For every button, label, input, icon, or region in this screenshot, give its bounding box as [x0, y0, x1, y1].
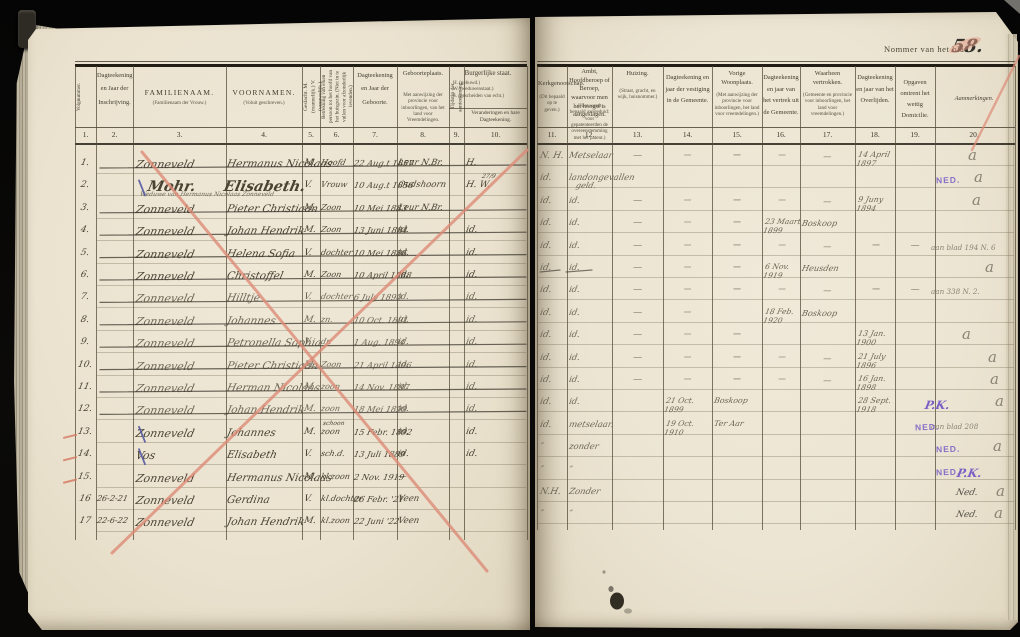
- stroke-mark: [100, 389, 526, 392]
- stroke-mark: [139, 180, 145, 195]
- ink-blot: [624, 608, 632, 613]
- ink-blot: [603, 570, 606, 573]
- stroke-mark: [100, 367, 526, 370]
- stroke-mark: [64, 457, 76, 460]
- stroke-mark: [100, 165, 526, 168]
- stroke-mark: [972, 56, 1019, 150]
- stroke-mark: [100, 299, 526, 302]
- stroke-mark: [64, 435, 76, 438]
- stroke-mark: [100, 411, 526, 414]
- stroke-mark: [112, 150, 527, 553]
- stroke-mark: [142, 152, 487, 571]
- stroke-mark: [64, 480, 76, 483]
- stroke-mark: [566, 270, 592, 272]
- stroke-mark: [100, 322, 526, 325]
- register-book-scan: Nommer van het blad 58. 1.Volgnummer.2.D…: [0, 0, 1020, 637]
- marks-overlay: [0, 0, 1020, 637]
- red-pencil-smudge: [947, 34, 982, 56]
- stroke-mark: [540, 270, 560, 272]
- ink-blot: [610, 593, 624, 610]
- stroke-mark: [100, 344, 526, 347]
- stroke-mark: [100, 232, 526, 235]
- ink-blot: [608, 586, 613, 592]
- stroke-mark: [100, 255, 526, 258]
- stroke-mark: [100, 277, 526, 280]
- stroke-mark: [139, 427, 145, 442]
- stroke-mark: [139, 449, 145, 464]
